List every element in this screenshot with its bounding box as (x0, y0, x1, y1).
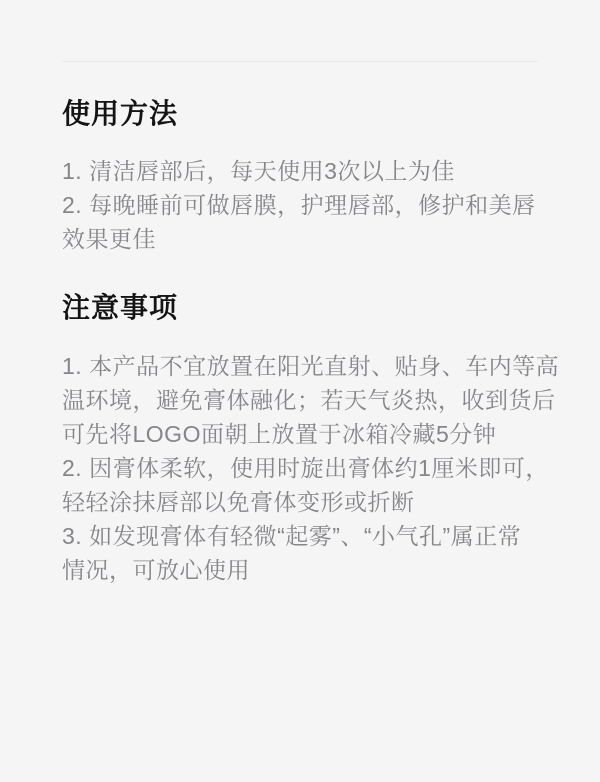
top-divider (62, 61, 538, 62)
precaution-line: 温环境，避免膏体融化；若天气炎热，收到货后 (62, 383, 538, 417)
usage-method-list: 1. 清洁唇部后，每天使用3次以上为佳 2. 每晚睡前可做唇膜，护理唇部，修护和… (62, 154, 538, 256)
precaution-line: 情况，可放心使用 (62, 553, 538, 587)
precaution-line: 可先将LOGO面朝上放置于冰箱冷藏5分钟 (62, 417, 538, 451)
usage-method-title: 使用方法 (62, 95, 538, 133)
usage-step-line: 效果更佳 (62, 222, 538, 256)
product-detail-text-page: 使用方法 1. 清洁唇部后，每天使用3次以上为佳 2. 每晚睡前可做唇膜，护理唇… (0, 0, 600, 782)
usage-step-line: 2. 每晚睡前可做唇膜，护理唇部，修护和美唇 (62, 188, 538, 222)
precaution-line: 2. 因膏体柔软，使用时旋出膏体约1厘米即可， (62, 451, 538, 485)
precaution-line: 1. 本产品不宜放置在阳光直射、贴身、车内等高 (62, 349, 538, 383)
precautions-section: 注意事项 1. 本产品不宜放置在阳光直射、贴身、车内等高 温环境，避免膏体融化；… (62, 289, 538, 587)
usage-method-section: 使用方法 1. 清洁唇部后，每天使用3次以上为佳 2. 每晚睡前可做唇膜，护理唇… (62, 95, 538, 256)
usage-step-line: 1. 清洁唇部后，每天使用3次以上为佳 (62, 154, 538, 188)
precautions-list: 1. 本产品不宜放置在阳光直射、贴身、车内等高 温环境，避免膏体融化；若天气炎热… (62, 349, 538, 587)
precaution-line: 轻轻涂抹唇部以免膏体变形或折断 (62, 485, 538, 519)
precaution-line: 3. 如发现膏体有轻微“起雾”、“小气孔”属正常 (62, 519, 538, 553)
precautions-title: 注意事项 (62, 289, 538, 327)
